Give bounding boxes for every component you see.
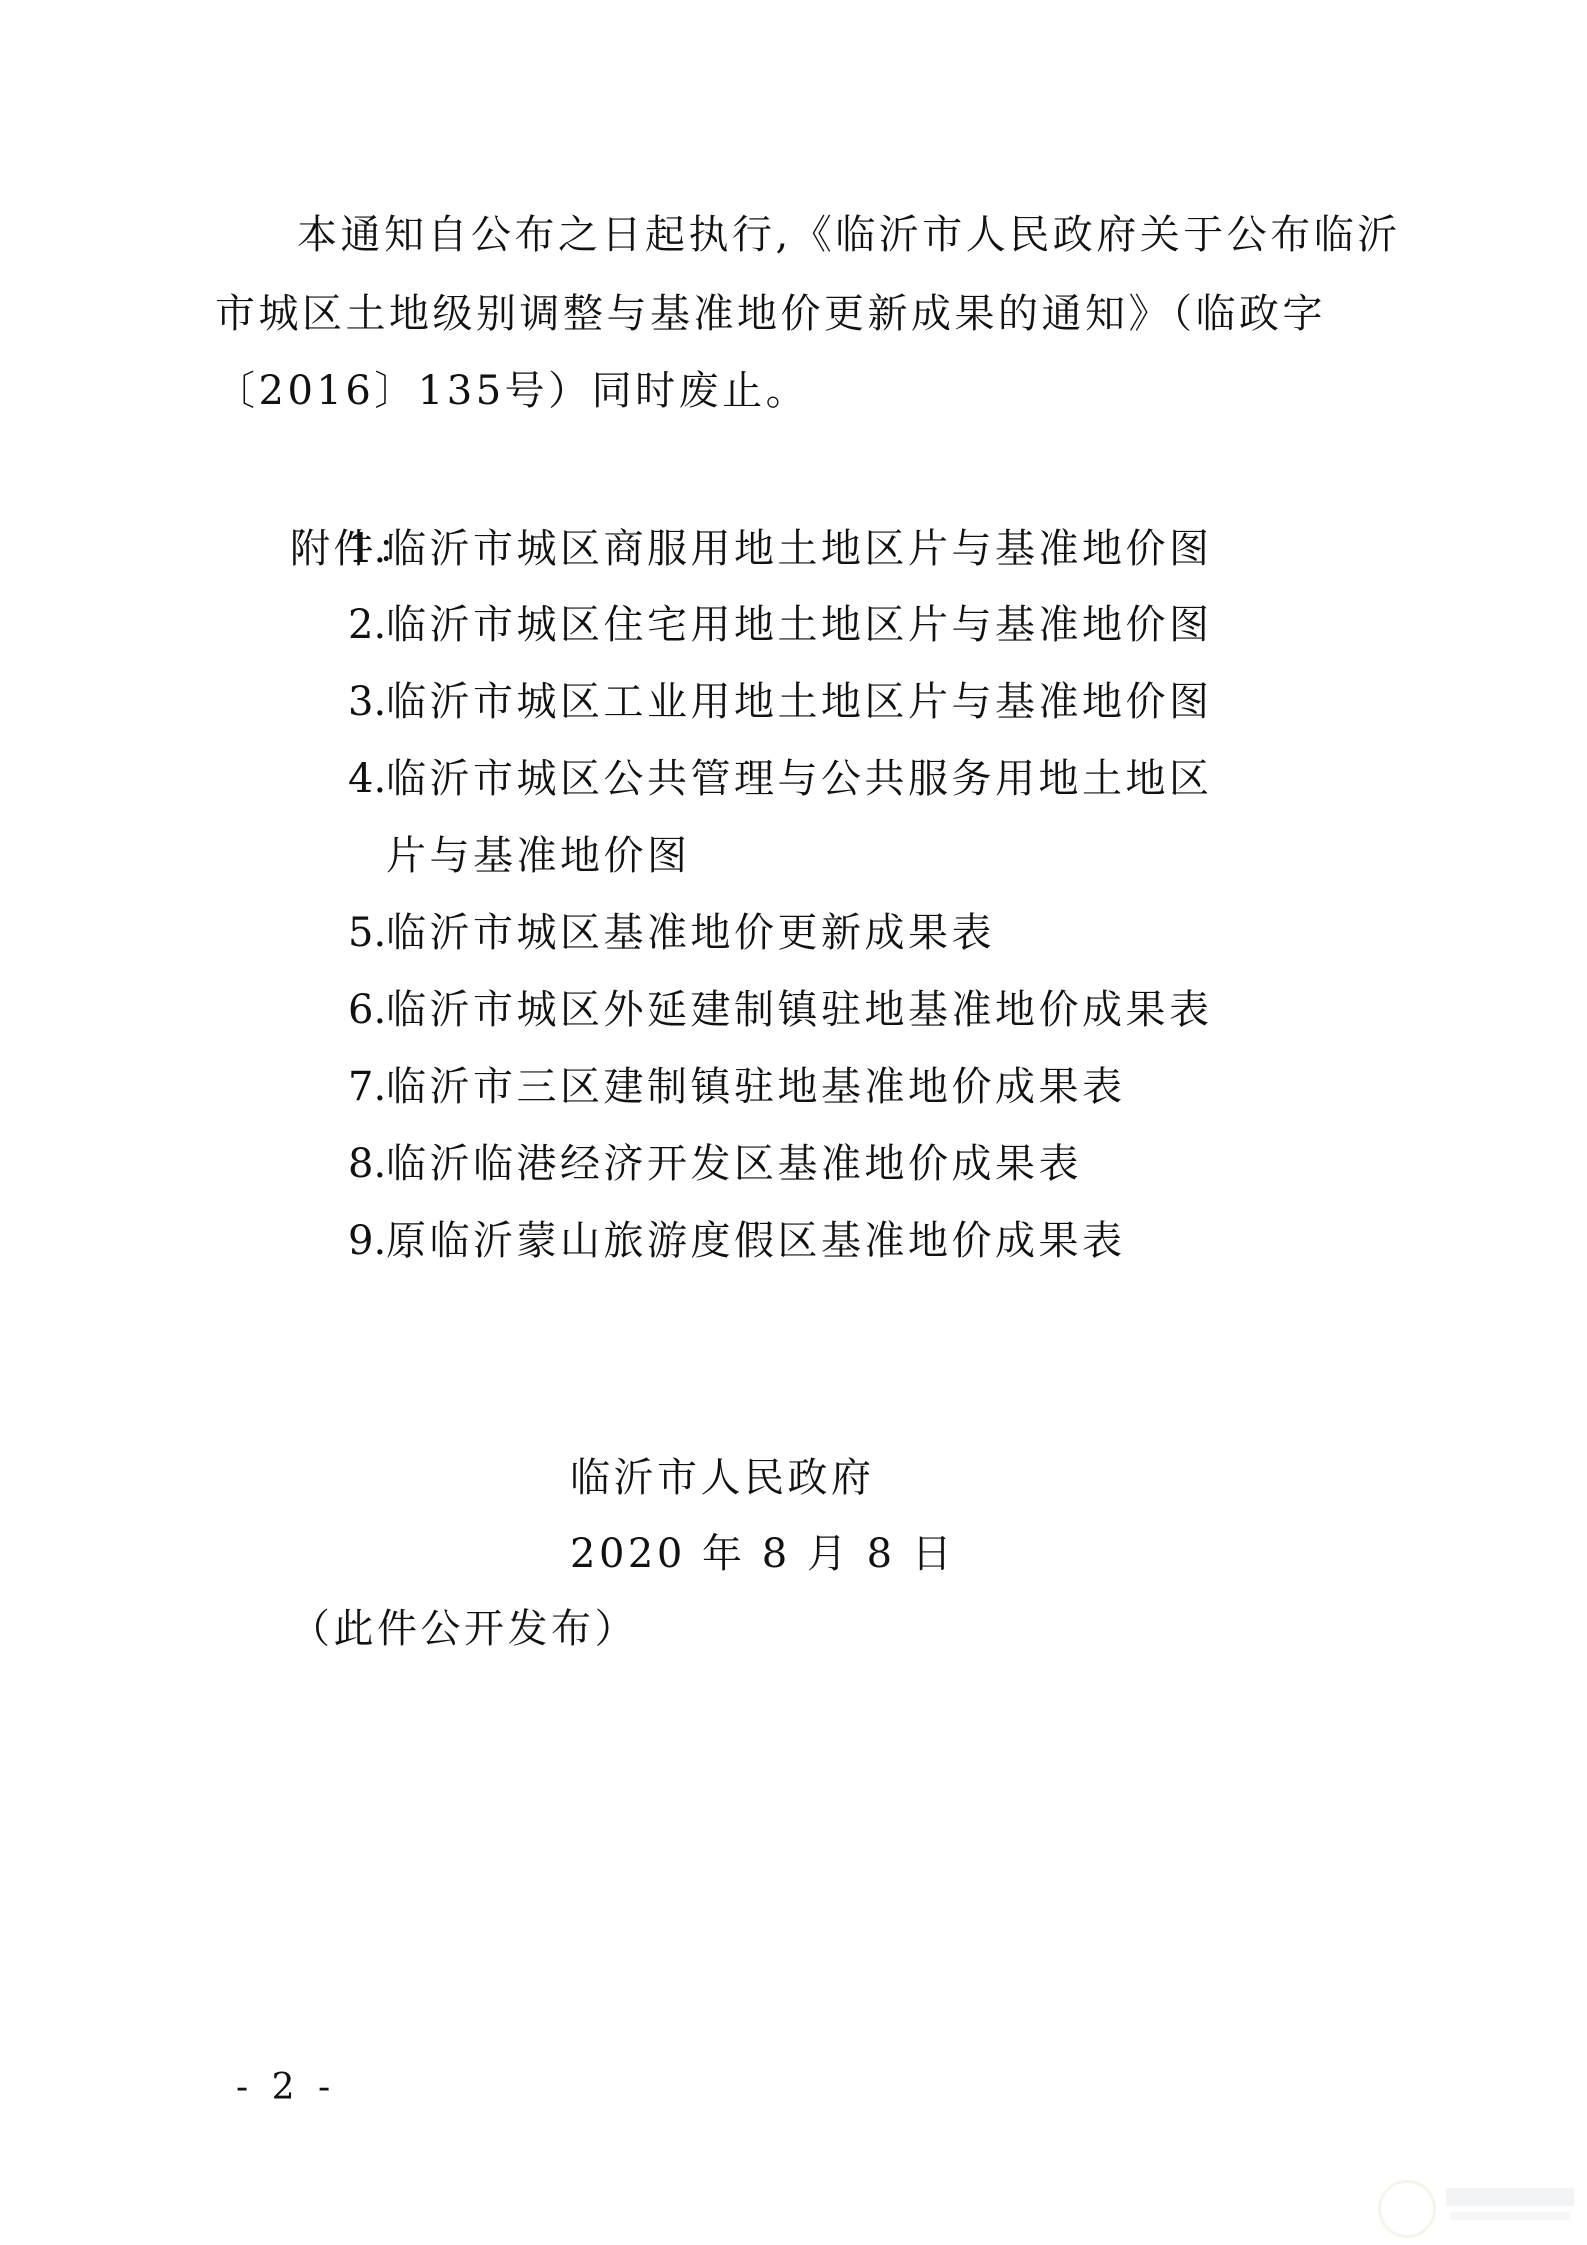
attachment-title: 临沂市城区工业用地土地区片与基准地价图 xyxy=(386,680,1213,724)
page-number: - 2 - xyxy=(236,2066,336,2110)
paragraph-line-3: 〔2016〕135号）同时废止。 xyxy=(215,369,1375,413)
attachment-number: 8. xyxy=(348,1142,386,1186)
attachment-title: 临沂市三区建制镇驻地基准地价成果表 xyxy=(386,1065,1126,1109)
issuer-name: 临沂市人民政府 xyxy=(570,1456,875,1500)
attachment-title: 临沂市城区公共管理与公共服务用地土地区 xyxy=(386,757,1213,801)
attachment-number: 1. xyxy=(348,527,386,571)
paragraph-line-2: 市城区土地级别调整与基准地价更新成果的通知》（临政字 xyxy=(215,292,1375,336)
attachment-title: 临沂市城区外延建制镇驻地基准地价成果表 xyxy=(386,988,1213,1032)
disclosure-note: （此件公开发布） xyxy=(290,1607,638,1651)
watermark-url-block xyxy=(1450,2212,1570,2220)
attachment-title: 临沂临港经济开发区基准地价成果表 xyxy=(386,1142,1082,1186)
watermark-text-block xyxy=(1446,2188,1574,2206)
attachment-number: 2. xyxy=(348,603,386,647)
attachment-title-continuation: 片与基准地价图 xyxy=(386,834,691,878)
attachment-number: 9. xyxy=(348,1219,386,1263)
attachment-number: 4. xyxy=(348,757,386,801)
paragraph-line-1-text: 本通知自公布之日起执行,《临沂市人民政府关于公布临沂 xyxy=(215,212,1401,258)
attachment-number: 7. xyxy=(348,1065,386,1109)
attachment-number: 3. xyxy=(348,680,386,724)
attachment-number: 6. xyxy=(348,988,386,1032)
watermark-logo xyxy=(1378,2178,1578,2238)
attachment-title: 临沂市城区住宅用地土地区片与基准地价图 xyxy=(386,603,1213,647)
attachment-number: 5. xyxy=(348,911,386,955)
attachment-title: 临沂市城区商服用地土地区片与基准地价图 xyxy=(386,527,1213,571)
paragraph-line-1: 本通知自公布之日起执行,《临沂市人民政府关于公布临沂 xyxy=(215,213,1375,257)
watermark-emblem-icon xyxy=(1378,2180,1436,2238)
attachment-title: 临沂市城区基准地价更新成果表 xyxy=(386,911,995,955)
attachment-title: 原临沂蒙山旅游度假区基准地价成果表 xyxy=(386,1219,1126,1263)
issue-date: 2020 年 8 月 8 日 xyxy=(570,1532,955,1576)
